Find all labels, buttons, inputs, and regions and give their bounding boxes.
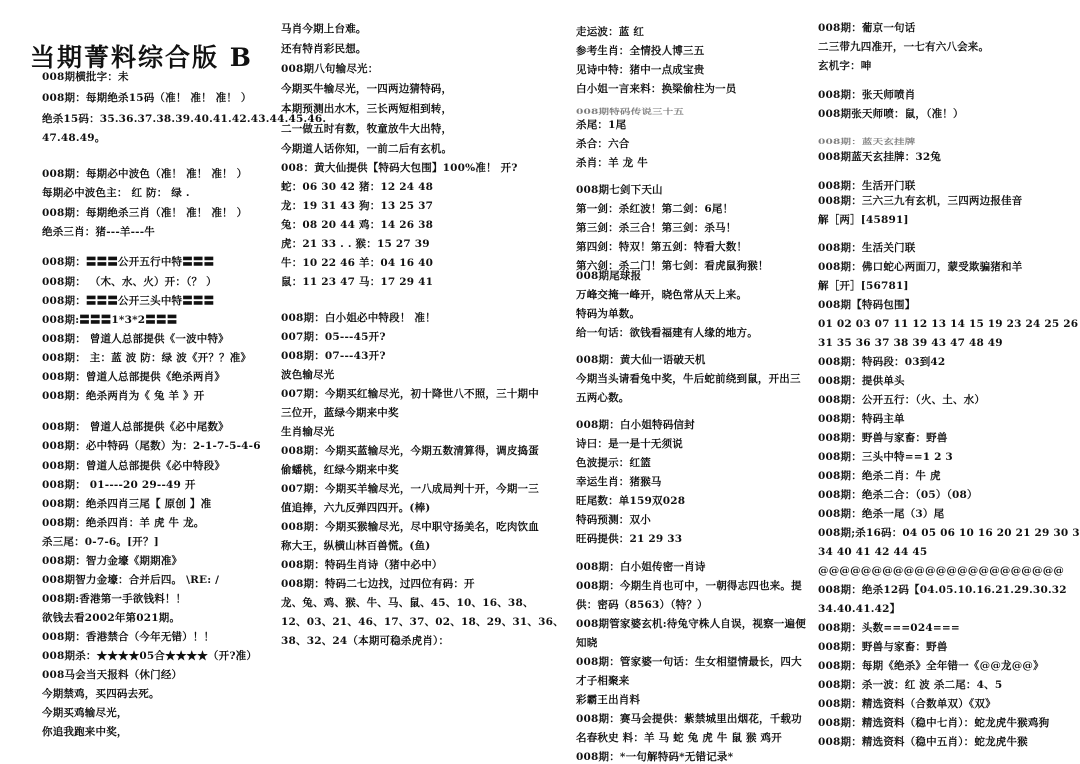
text-line: 才子相聚来 [576,674,630,688]
text-line: 007期：今期买羊输尽光，一八成局判十开，今期一三 [281,482,539,496]
text-line: 008期：蓝天玄挂牌 [818,137,915,147]
text-line: 008期：赛马会提供：紫禁城里出烟花，千载功 [576,712,802,726]
text-line: 008期八句输尽光： [281,62,378,76]
text-line: 008期：提供单头 [818,374,905,388]
text-line: 01 02 03 07 11 12 13 14 15 19 23 24 25 2… [818,317,1080,331]
text-line: 每期必中波色主： 红 防： 绿 . [42,186,190,200]
text-line: 008期：生活开门联 [818,179,915,193]
text-line: 马肖今期上台难。 [281,22,367,36]
text-line: 旺尾数：单159双028 [576,494,685,508]
text-line: 008期七剑下天山 [576,183,663,197]
text-line: 给一句话：欲钱看福建有人缘的地方。 [576,326,758,340]
text-line: 第四剑：特双！第五剑：特看大数！ [576,240,747,254]
text-line: 本期预测出水木，三长两短相到转， [281,102,452,116]
text-line: 008期：杀一波：红 波 杀二尾：4、5 [818,678,1002,692]
text-line: 008期：智力金壕《期期准》 [42,554,182,568]
text-line: 第三剑：杀三合！第三剑：杀马！ [576,221,737,235]
text-line: 见诗中特：猪中一点成宝贵 [576,63,704,77]
text-line: 12、03、21、46、17、37、02、18、29、31、36、 [281,615,564,629]
text-line: 解［两］[45891] [818,213,909,227]
text-line: 008期：绝杀四肖三尾【 原创 】准 [42,497,211,511]
text-line: 008马会当天报料（休门经） [42,668,182,682]
text-line: 008期：绝杀两肖为《 兔 羊 》开 [42,389,204,403]
text-line: 008期：特码二七边找，过四位有码：开 [281,577,475,591]
text-line: 008期：特码生肖诗（猪中必中） [281,558,443,572]
text-line: 008期横批字：未 [42,70,129,84]
text-line: 万峰交掩一峰开，晓色常从天上来。 [576,288,747,302]
text-line: 彩霸王出肖料 [576,693,640,707]
text-line: 解［开］[56781] [818,279,909,293]
text-line: 008期：绝杀一尾（3）尾 [818,507,944,521]
text-line: 今期道人话你知，一前二后有玄机。 [281,142,452,156]
text-line: 三位开，蓝绿今期来中奖 [281,406,399,420]
text-line: 杀尾：1尾 [576,118,626,132]
text-line: 008期： 曾道人总部提供《必中尾数》 [42,420,229,434]
text-line: 名春秋史 料：羊 马 蛇 兔 虎 牛 鼠 猴 鸡开 [576,731,782,745]
text-line: 008期蓝天玄挂牌：32兔 [818,150,941,164]
text-line: 47.48.49。 [42,131,105,145]
text-line: 008期：每期绝杀三肖（准！ 准！ 准！ ） [42,206,247,220]
text-line: 虎：21 33 . . 猴：15 27 39 [281,237,430,251]
text-line: 008：黄大仙提供【特码大包围】100%准！ 开? [281,161,518,175]
text-line: 008期特码传说三十五 [576,107,684,117]
text-line: 008期： （木、水、火）开：（？ ） [42,275,217,289]
text-line: 008期：今期买蓝输尽光，今期五数清算得，调皮捣蛋 [281,444,539,458]
text-line: 008期：张天师喷肖 [818,88,915,102]
text-line: 008期:香港第一手欲钱料！！ [42,592,186,606]
text-line: 知晓 [576,636,597,650]
text-line: 008期：今期生肖也可中，一朝得志四也来。提 [576,579,802,593]
text-line: 龙：19 31 43 狗：13 25 37 [281,199,433,213]
text-line: 特码预测：双小 [576,513,651,527]
text-line: 牛：10 22 46 羊：04 16 40 [281,256,433,270]
text-line: 008期：〓〓〓公开五行中特〓〓〓 [42,255,214,269]
text-line: 二三带九四准开，一七有六八会来。 [818,40,989,54]
text-line: 旺码提供：21 29 33 [576,532,682,546]
text-line: 008期：白小姐特码信封 [576,418,695,432]
text-line: 今期买鸡输尽光， [42,706,128,720]
text-line: 参考生肖：全情投人博三五 [576,44,704,58]
text-line: 007期：今期买红输尽光，初十降世八不照，三十期中 [281,387,539,401]
text-line: 供：密码（8563）（特？） [576,598,708,612]
text-line: 008期：头数===024=== [818,621,960,635]
text-line: 绝杀三肖：猪---羊---牛 [42,225,155,239]
text-line: 008期：07---43开? [281,349,386,363]
text-line: 008期智力金壕：合并后四。 \RE: / [42,573,219,587]
text-line: 你追我跑来中奖， [42,725,128,739]
text-line: 蛇：06 30 42 猪：12 24 48 [281,180,433,194]
text-line: 008期：精选资料（稳中五肖）：蛇龙虎牛猴 [818,735,1028,749]
text-line: 008期;杀16码：04 05 06 10 16 20 21 29 30 32 … [818,526,1080,540]
text-line: 二一做五时有数，牧童放牛大出特， [281,122,452,136]
text-line: 五两心数。 [576,391,630,405]
text-line: 008期：香港禁合（今年无错）！！ [42,630,214,644]
text-line: 玄机字：呻 [818,59,872,73]
text-line: 34.40.41.42】 [818,602,900,616]
text-line: 008期张天师喷：鼠，（准！） [818,107,964,121]
text-line: 色波提示：红篮 [576,456,651,470]
text-line: 诗曰：是一是十无须说 [576,437,683,451]
text-line: 值追捧，六九反弹四四开。(棒) [281,501,430,515]
text-line: 008期：绝杀二肖：牛 虎 [818,469,941,483]
page-title: 当期菁料综合版 B [30,38,253,74]
text-line: 走运波：蓝 红 [576,25,644,39]
text-line: 008期：三头中特==1 2 3 [818,450,953,464]
text-line: 008期：绝杀12码【04.05.10.16.21.29.30.32 [818,583,1067,597]
text-line: 008期： 曾道人总部提供《一波中特》 [42,332,229,346]
text-line: 偷蟠桃，红绿今期来中奖 [281,463,399,477]
text-line: 34 40 41 42 44 45 [818,545,927,559]
text-line: 008期：*一句解特码*无错记录* [576,750,733,764]
text-line: 008期：野兽与家畜：野兽 [818,431,948,445]
text-line: 白小姐一言来料：换梁偷柱为一员 [576,82,737,96]
text-line: 幸运生肖：猪猴马 [576,475,662,489]
text-line: 007期：05---45开? [281,330,386,344]
text-line: 兔：08 20 44 鸡：14 26 38 [281,218,433,232]
text-line: 008期：管家婆一句话：生女相望情最长，四大 [576,655,802,669]
text-line: 008期管家婆玄机:待兔守株人自误，视察一遍便 [576,617,806,631]
text-line: 008期尾球报 [576,269,641,283]
text-line: 杀三尾：0-7-6。[开？] [42,535,159,549]
text-line: 008期【特码包围】 [818,298,915,312]
text-line: 008期杀：★★★★05合★★★★（开?准） [42,649,257,663]
text-line: 008期：曾道人总部提供《绝杀两肖》 [42,370,225,384]
text-line: 008期：〓〓〓公开三头中特〓〓〓 [42,294,214,308]
text-line: 还有特肖彩民想。 [281,42,367,56]
text-line: 008期：特码主单 [818,412,905,426]
text-line: 生肖输尽光 [281,425,335,439]
text-line: 波色输尽光 [281,368,335,382]
text-line: 008期：今期买猴输尽光，尽中职守扬美名，吃肉饮血 [281,520,539,534]
text-line: 008期：葡京一句话 [818,21,915,35]
text-line: 欲钱去看2002年第021期。 [42,611,180,625]
text-line: 008期： 主：蓝 波 防：绿 波《开？？准》 [42,351,251,365]
text-line: 31 35 36 37 38 39 43 47 48 49 [818,336,1003,350]
text-line: @@@@@@@@@@@@@@@@@@@@@@@ [818,564,1064,578]
text-line: 今期买牛输尽光，一四两边猜特码， [281,82,452,96]
text-line: 008期：每期绝杀15码（准！ 准！ 准！ ） [42,91,252,105]
text-line: 008期：绝杀二合：（05）（08） [818,488,978,502]
text-line: 008期：精选资料（稳中七肖）：蛇龙虎牛猴鸡狗 [818,716,1049,730]
text-line: 008期：公开五行：（火、土、水） [818,393,985,407]
text-line: 特码为单数。 [576,307,640,321]
text-line: 第一剑：杀红波！第二剑：6尾！ [576,202,733,216]
text-line: 008期：每期《绝杀》全年错一《@@龙@@》 [818,659,1044,673]
text-line: 008期：生活关门联 [818,241,915,255]
text-line: 008期:〓〓〓1*3*2〓〓〓 [42,313,177,327]
text-line: 008期：白小姐必中特段！ 准！ [281,311,436,325]
text-line: 龙、兔、鸡、猴、牛、马、鼠、45、10、16、38、 [281,596,534,610]
text-line: 杀合：六合 [576,137,630,151]
text-line: 008期：特码段：03到42 [818,355,945,369]
text-line: 008期：野兽与家畜：野兽 [818,640,948,654]
text-line: 今期禁鸡，买四码去死。 [42,687,160,701]
text-line: 鼠：11 23 47 马：17 29 41 [281,275,433,289]
text-line: 008期：黄大仙一语破天机 [576,353,706,367]
text-line: 008期：必中特码（尾数）为：2-1-7-5-4-6 [42,439,261,453]
text-line: 008期：精选资料（合数单双）《双》 [818,697,996,711]
text-line: 杀肖：羊 龙 牛 [576,156,648,170]
text-line: 008期：三六三九有玄机，三四两边报佳音 [818,194,1022,208]
text-line: 今期当头请看兔中奖，牛后蛇前绕到鼠，开出三 [576,372,801,386]
text-line: 008期： 01----20 29--49 开 [42,478,196,492]
text-line: 008期：佛口蛇心两面刀，蒙受欺骗猪和羊 [818,260,1022,274]
text-line: 称大王，纵横山林百兽慌。(鱼) [281,539,430,553]
text-line: 008期：白小姐传密一肖诗 [576,560,706,574]
text-line: 008期：绝杀四肖：羊 虎 牛 龙。 [42,516,204,530]
text-line: 38、32、24（本期可稳杀虎肖）： [281,634,449,648]
text-line: 008期：每期必中波色（准！ 准！ 准！ ） [42,167,247,181]
text-line: 008期：曾道人总部提供《必中特段》 [42,459,225,473]
